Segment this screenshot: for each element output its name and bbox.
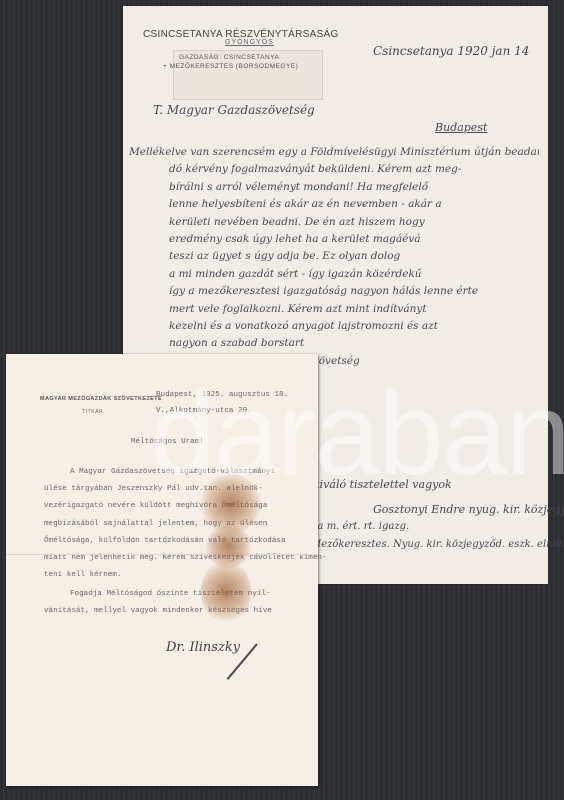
signature-line-3: Mezőkeresztes. Nyug. kir. közjegyződ. es… — [311, 539, 564, 550]
watermark: darabanth — [150, 375, 564, 493]
body-line: eredmény csak úgy lehet ha a kerület mag… — [129, 231, 539, 248]
body-line: mert vele foglalkozni. Kérem azt mint in… — [129, 301, 539, 318]
text-line: megbízásából sajnálattal jelentem, hogy … — [44, 516, 327, 533]
body-line: dó kérvény fogalmazványát beküldeni. Kér… — [129, 161, 539, 178]
body-line: Mellékelve van szerencsém egy a Földmíve… — [129, 144, 539, 161]
body-line: nagyon a szabad borstart — [129, 335, 539, 352]
body-line: a mi minden gazdát sért - így igazán köz… — [129, 266, 539, 283]
stamp-line-1: GAZDASÁG: CSINCSETANYA — [179, 54, 279, 61]
stamp-line-2: + MEZŐKERESZTES (BORSODMEGYE) — [163, 63, 298, 70]
body-line: így a mezőkeresztesi igazgatóság nagyon … — [129, 283, 539, 300]
text-line: vezérigazgató nevére küldött meghívóra Ő… — [44, 498, 327, 515]
body-line: kezelni és a vonatkozó anyagot lajstromo… — [129, 318, 539, 335]
organization-name: MAGYAR MEZŐGAZDÁK SZÖVETKEZETE — [40, 396, 162, 402]
letter-date: Csincsetanya 1920 jan 14 — [373, 44, 529, 58]
body-line: kerületi nevében beadni. De én azt hisze… — [129, 214, 539, 231]
body-line: bírálni s arról véleményt mondani! Ha me… — [129, 179, 539, 196]
text-line: miatt nem jelenhetik meg. Kérem szíveske… — [44, 550, 327, 567]
paper-fold — [6, 554, 318, 555]
recipient-city: Budapest — [435, 121, 487, 134]
letter-signature: Gosztonyi Endre nyug. kir. közjegyző — [373, 503, 564, 516]
text-line: Őméltósága, külföldön tartózkodásán való… — [44, 533, 327, 550]
body-line: lenne helyesbíteni és akár az én nevembe… — [129, 196, 539, 213]
organization-title: TITKÁR — [82, 409, 103, 415]
letterhead-city: GYÖNGYÖS — [225, 39, 274, 46]
letter-recipient: T. Magyar Gazdaszövetség — [153, 103, 315, 117]
typed-letter-signature: Dr. Ilinszky — [166, 640, 240, 655]
text-line: teni kell kérnem. — [44, 567, 327, 584]
body-line: teszi az ügyet s úgy adja be. Ez olyan d… — [129, 248, 539, 265]
stain — [201, 559, 251, 624]
